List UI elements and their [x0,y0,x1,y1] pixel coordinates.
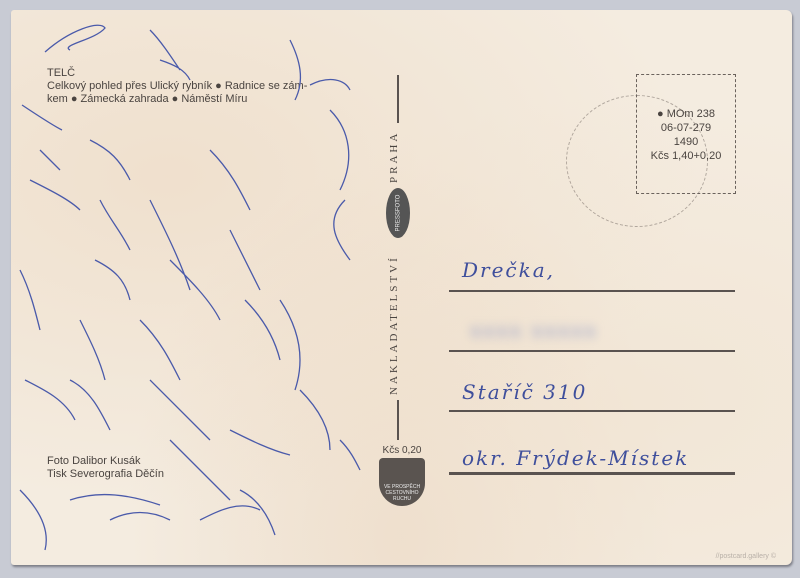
handwritten-signatures [0,0,800,578]
watermark: //postcard.gallery © [716,553,776,560]
